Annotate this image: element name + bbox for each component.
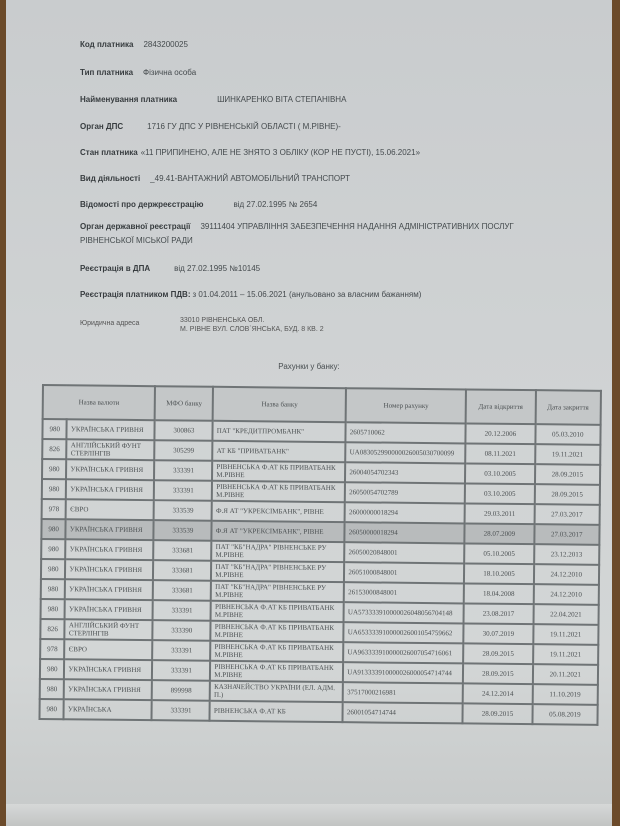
cell-account: UA083052990000026005030700099: [346, 442, 466, 463]
cell-currency: Українська гривня: [66, 539, 154, 560]
cell-opened: 18.10.2005: [464, 563, 533, 584]
field-payer-status: Стан платника«11 ПРИПИНЕНО, АЛЕ НЕ ЗНЯТО…: [80, 148, 420, 157]
cell-mfo: 333391: [153, 640, 211, 661]
cell-mfo: 333681: [153, 580, 211, 601]
cell-closed: 05.03.2010: [535, 424, 601, 445]
cell-bank: Рівненська Ф.АТ КБ Приватбанк М.Рівне: [210, 641, 343, 662]
cell-bank: Ф.Я АТ "УКРЕКСІМБАНК", Рівне: [212, 501, 345, 522]
cell-mfo: 333391: [152, 660, 210, 681]
cell-code: 980: [41, 599, 66, 619]
cell-mfo: 333539: [154, 520, 212, 541]
field-label: Найменування платника: [80, 95, 177, 104]
cell-opened: 28.07.2009: [465, 523, 534, 544]
cell-opened: 03.10.2005: [465, 483, 534, 504]
cell-currency: Українська гривня: [64, 659, 152, 680]
cell-closed: 22.04.2021: [533, 604, 599, 625]
cell-closed: 19.11.2021: [535, 444, 601, 465]
cell-bank: Рівненська Ф.АТ КБ Приватбанк М.Рівне: [212, 481, 345, 502]
cell-code: 980: [42, 419, 67, 439]
header-bank: Назва банку: [213, 387, 346, 422]
field-state-registration: Відомості про держреєстраціювід 27.02.19…: [80, 200, 317, 209]
cell-code: 980: [40, 659, 65, 679]
accounts-section-title: Рахунки у банку:: [6, 362, 612, 371]
cell-currency: Англійський фунт стерлінгів: [65, 619, 153, 640]
cell-opened: 05.10.2005: [464, 543, 533, 564]
cell-mfo: 333391: [152, 700, 210, 721]
cell-closed: 20.11.2021: [532, 664, 598, 685]
field-payer-code: Код платника2843200025: [80, 40, 188, 49]
header-mfo: МФО банку: [155, 386, 213, 421]
cell-account: 26050000018294: [345, 522, 465, 543]
field-label: Тип платника: [80, 68, 133, 77]
field-value: Фізична особа: [143, 68, 196, 77]
field-label: Орган державної реєстрації: [80, 222, 190, 231]
field-value: «11 ПРИПИНЕНО, АЛЕ НЕ ЗНЯТО З ОБЛІКУ (КО…: [141, 148, 420, 157]
cell-bank: Рівненська Ф.АТ КБ Приватбанк М.Рівне: [211, 621, 344, 642]
cell-currency: Українська гривня: [65, 599, 153, 620]
cell-opened: 24.12.2014: [463, 683, 532, 704]
paper-edge: [6, 804, 612, 826]
cell-opened: 20.12.2006: [466, 423, 535, 444]
header-currency: Назва валюти: [43, 385, 156, 420]
cell-opened: 28.09.2015: [463, 703, 532, 724]
field-value: 33010 РІВНЕНСЬКА ОБЛ. М. РІВНЕ ВУЛ. СЛОВ…: [180, 316, 324, 334]
field-dpa-registration: Реєстрація в ДПАвід 27.02.1995 №10145: [80, 264, 260, 273]
cell-closed: 24.12.2010: [533, 584, 599, 605]
cell-account: 26001054714744: [343, 702, 463, 723]
field-label: Стан платника: [80, 148, 138, 157]
field-vat-registration: Реєстрація платником ПДВ:з 01.04.2011 – …: [80, 290, 421, 299]
cell-account: 26050054702789: [345, 482, 465, 503]
cell-code: 980: [41, 519, 66, 539]
cell-bank: ПАТ "КБ"НАДРА" Рівненське РУ М.Рівне: [211, 541, 344, 562]
cell-account: UA963333910000026007054716061: [343, 642, 463, 663]
cell-closed: 11.10.2019: [532, 684, 598, 705]
field-legal-address: Юридична адреса 33010 РІВНЕНСЬКА ОБЛ. М.…: [80, 316, 324, 334]
cell-account: 37517000216981: [343, 682, 463, 703]
cell-closed: 28.09.2015: [534, 484, 600, 505]
cell-mfo: 333539: [154, 500, 212, 521]
cell-bank: Рівненська Ф.АТ КБ Приватбанк М.Рівне: [211, 601, 344, 622]
cell-code: 980: [42, 479, 67, 499]
cell-opened: 08.11.2021: [466, 443, 535, 464]
field-value: 1716 ГУ ДПС У РІВНЕНСЬКІЙ ОБЛАСТІ ( М.РІ…: [147, 122, 341, 131]
cell-closed: 27.03.2017: [534, 504, 600, 525]
cell-code: 980: [41, 579, 66, 599]
cell-bank: Рівненська Ф.АТ КБ Приватбанк М.Рівне: [210, 661, 343, 682]
field-label: Вид діяльності: [80, 174, 140, 183]
cell-currency: Українська гривня: [65, 579, 153, 600]
cell-closed: 27.03.2017: [534, 524, 600, 545]
cell-currency: Українська гривня: [66, 519, 154, 540]
cell-bank: Ф.Я АТ "УКРЕКСІМБАНК", Рівне: [212, 521, 345, 542]
field-value: 2843200025: [143, 40, 188, 49]
field-value: ШИНКАРЕНКО ВІТА СТЕПАНІВНА: [217, 95, 346, 104]
cell-opened: 29.03.2011: [465, 503, 534, 524]
cell-mfo: 333391: [154, 480, 212, 501]
cell-closed: 23.12.2013: [534, 544, 600, 565]
cell-closed: 28.09.2015: [535, 464, 601, 485]
cell-code: 980: [41, 559, 66, 579]
cell-mfo: 333391: [153, 600, 211, 621]
cell-opened: 28.09.2015: [463, 643, 532, 664]
cell-mfo: 300863: [155, 420, 213, 441]
cell-currency: Українська гривня: [65, 559, 153, 580]
cell-code: 980: [41, 539, 66, 559]
field-value: від 27.02.1995 №10145: [174, 264, 260, 273]
field-label: Реєстрація в ДПА: [80, 264, 150, 273]
field-label: Відомості про держреєстрацію: [80, 200, 204, 209]
cell-mfo: 333681: [154, 540, 212, 561]
cell-currency: Українська гривня: [66, 459, 154, 480]
field-registration-body: Орган державної реєстрації39111404 УПРАВ…: [80, 220, 550, 248]
cell-bank: Рівненська Ф.АТ КБ Приватбанк М.Рівне: [212, 461, 345, 482]
header-account: Номер рахунку: [346, 388, 466, 423]
cell-account: 26000000018294: [345, 502, 465, 523]
field-activity: Вид діяльності_49.41-ВАНТАЖНИЙ АВТОМОБІЛ…: [80, 174, 350, 183]
bank-accounts-table: Назва валюти МФО банку Назва банку Номер…: [38, 384, 601, 726]
cell-opened: 30.07.2019: [464, 623, 533, 644]
cell-account: 26153000848001: [344, 582, 464, 603]
cell-currency: Українська гривня: [64, 679, 152, 700]
cell-closed: 19.11.2021: [533, 644, 599, 665]
field-label: Юридична адреса: [80, 316, 180, 334]
cell-code: 980: [39, 699, 64, 719]
header-closed: Дата закриття: [535, 390, 601, 425]
address-line-2: М. РІВНЕ ВУЛ. СЛОВ`ЯНСЬКА, БУД. 8 КВ. 2: [180, 325, 324, 334]
cell-opened: 23.08.2017: [464, 603, 533, 624]
cell-currency: Українська гривня: [67, 419, 155, 440]
address-line-1: 33010 РІВНЕНСЬКА ОБЛ.: [180, 316, 324, 325]
cell-closed: 05.08.2019: [532, 704, 598, 725]
field-value: від 27.02.1995 № 2654: [234, 200, 318, 209]
cell-closed: 24.12.2010: [534, 564, 600, 585]
cell-mfo: 333391: [154, 460, 212, 481]
cell-code: 978: [42, 499, 67, 519]
cell-bank: Рівненська Ф.АТ КБ: [210, 701, 343, 722]
cell-bank: ПАТ "КБ"НАДРА" Рівненське РУ М.Рівне: [211, 561, 344, 582]
cell-account: UA913333910000026000054714744: [343, 662, 463, 683]
cell-opened: 18.04.2008: [464, 583, 533, 604]
table-header-row: Назва валюти МФО банку Назва банку Номер…: [43, 385, 601, 425]
cell-mfo: 899998: [152, 680, 210, 701]
field-tax-office: Орган ДПС1716 ГУ ДПС У РІВНЕНСЬКІЙ ОБЛАС…: [80, 122, 341, 131]
cell-currency: Англійський фунт стерлінгів: [67, 439, 155, 460]
cell-currency: Євро: [65, 639, 153, 660]
cell-mfo: 305299: [155, 440, 213, 461]
cell-code: 980: [42, 459, 67, 479]
field-label: Орган ДПС: [80, 122, 123, 131]
cell-currency: Українська: [64, 699, 152, 720]
cell-code: 826: [40, 619, 65, 639]
cell-currency: Українська гривня: [66, 479, 154, 500]
cell-account: 26051000848001: [344, 562, 464, 583]
cell-opened: 03.10.2005: [465, 463, 534, 484]
cell-closed: 19.11.2021: [533, 624, 599, 645]
cell-currency: Євро: [66, 499, 154, 520]
cell-account: 2605710062: [346, 422, 466, 443]
field-payer-type: Тип платникаФізична особа: [80, 68, 196, 77]
cell-account: UA573333910000026048056704148: [344, 602, 464, 623]
cell-bank: Казначейство України (ел. адм. п.): [210, 681, 343, 702]
cell-bank: ПАТ "КРЕДИТПРОМБАНК": [213, 421, 346, 442]
document-page: Код платника2843200025 Тип платникаФізич…: [6, 0, 612, 826]
cell-account: UA653333910000026001054759662: [344, 622, 464, 643]
field-label: Код платника: [80, 40, 133, 49]
cell-mfo: 333390: [153, 620, 211, 641]
field-label: Реєстрація платником ПДВ:: [80, 290, 190, 299]
cell-code: 978: [40, 639, 65, 659]
cell-bank: ПАТ "КБ"НАДРА" Рівненське РУ М.Рівне: [211, 581, 344, 602]
field-value: _49.41-ВАНТАЖНИЙ АВТОМОБІЛЬНИЙ ТРАНСПОРТ: [150, 174, 350, 183]
cell-code: 980: [40, 679, 65, 699]
header-opened: Дата відкриття: [466, 389, 536, 424]
cell-account: 26050020848001: [344, 542, 464, 563]
cell-account: 26004054702343: [345, 462, 465, 483]
cell-bank: АТ КБ "ПриватБанк": [213, 441, 346, 462]
cell-mfo: 333681: [153, 560, 211, 581]
field-payer-name: Найменування платникаШИНКАРЕНКО ВІТА СТЕ…: [80, 95, 346, 104]
field-value: з 01.04.2011 – 15.06.2021 (анульовано за…: [192, 290, 421, 299]
cell-code: 826: [42, 439, 67, 459]
cell-opened: 28.09.2015: [463, 663, 532, 684]
